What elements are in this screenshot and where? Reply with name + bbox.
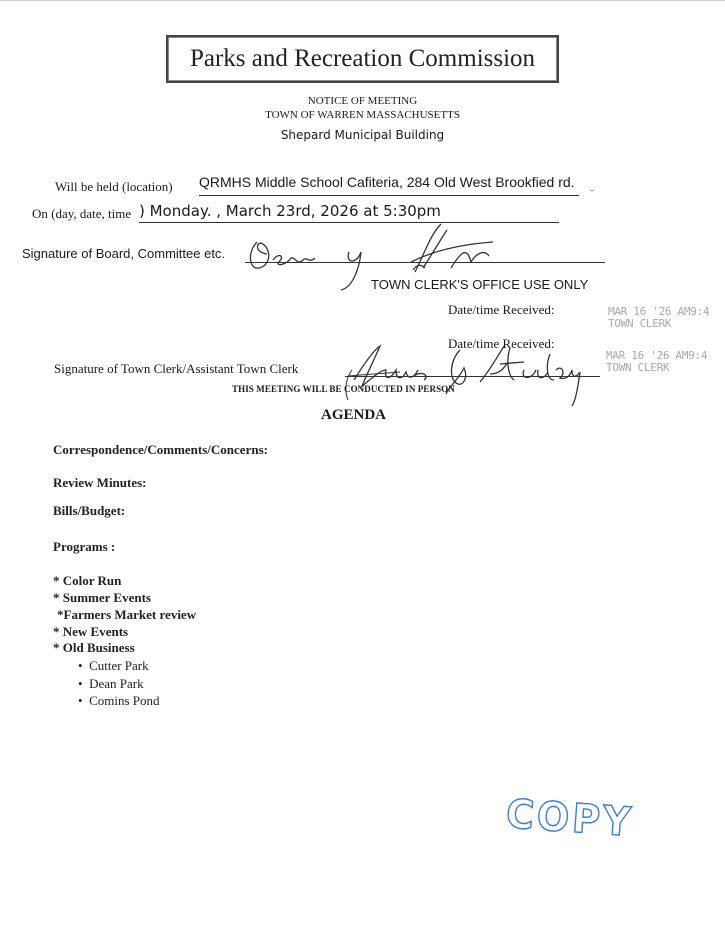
agenda-section-bills-budget: Bills/Budget: <box>53 503 125 519</box>
clerk-signature-label: Signature of Town Clerk/Assistant Town C… <box>54 361 298 377</box>
program-item-new-events: * New Events <box>53 624 128 640</box>
board-signature-label: Signature of Board, Committee etc. <box>22 246 225 261</box>
location-label: Will be held (location) <box>55 179 173 195</box>
date-received-label-1: Date/time Received: <box>448 302 554 318</box>
page-edge <box>0 0 725 1</box>
bullet-icon: • <box>78 676 89 691</box>
stamp-1-office: TOWN CLERK <box>608 318 709 330</box>
received-stamp-1: MAR 16 '26 AM9:4 TOWN CLERK <box>608 306 709 330</box>
town-name: TOWN OF WARREN MASSACHUSETTS <box>0 109 725 121</box>
old-business-item: • Comins Pond <box>78 693 160 709</box>
datetime-label: On (day, date, time <box>32 206 131 222</box>
received-stamp-2: MAR 16 '26 AM9:4 TOWN CLERK <box>606 350 707 374</box>
datetime-value: ) Monday. , March 23rd, 2026 at 5:30pm <box>139 202 441 220</box>
stamp-2-office: TOWN CLERK <box>606 362 707 374</box>
old-business-item: • Cutter Park <box>78 658 149 674</box>
program-item-old-business: * Old Business <box>53 640 135 656</box>
program-item-farmers-market: *Farmers Market review <box>57 607 196 623</box>
agenda-section-correspondence: Correspondence/Comments/Concerns: <box>53 442 268 458</box>
bullet-icon: • <box>78 693 89 708</box>
notice-of-meeting: NOTICE OF MEETING <box>0 95 725 107</box>
copy-stamp: COPY <box>505 791 635 846</box>
old-business-item: • Dean Park <box>78 676 144 692</box>
document-title-box: Parks and Recreation Commission <box>166 35 559 83</box>
location-underline <box>199 195 579 196</box>
location-value: QRMHS Middle School Cafiteria, 284 Old W… <box>199 174 575 190</box>
bullet-icon: • <box>78 658 89 673</box>
agenda-section-programs: Programs : <box>53 539 115 555</box>
clerk-office-label: TOWN CLERK'S OFFICE USE ONLY <box>371 277 588 292</box>
agenda-section-review-minutes: Review Minutes: <box>53 475 147 491</box>
in-person-note: THIS MEETING WILL BE CONDUCTED IN PERSON <box>232 384 455 394</box>
program-item-color-run: * Color Run <box>53 573 121 589</box>
clerk-signature-line <box>345 376 600 377</box>
clerk-signature <box>340 340 600 410</box>
building-name: Shepard Municipal Building <box>0 128 725 142</box>
board-signature-line <box>245 262 605 263</box>
stray-mark <box>590 190 594 191</box>
program-item-summer-events: * Summer Events <box>53 590 151 606</box>
document-title: Parks and Recreation Commission <box>190 45 535 73</box>
agenda-heading: AGENDA <box>321 407 386 424</box>
